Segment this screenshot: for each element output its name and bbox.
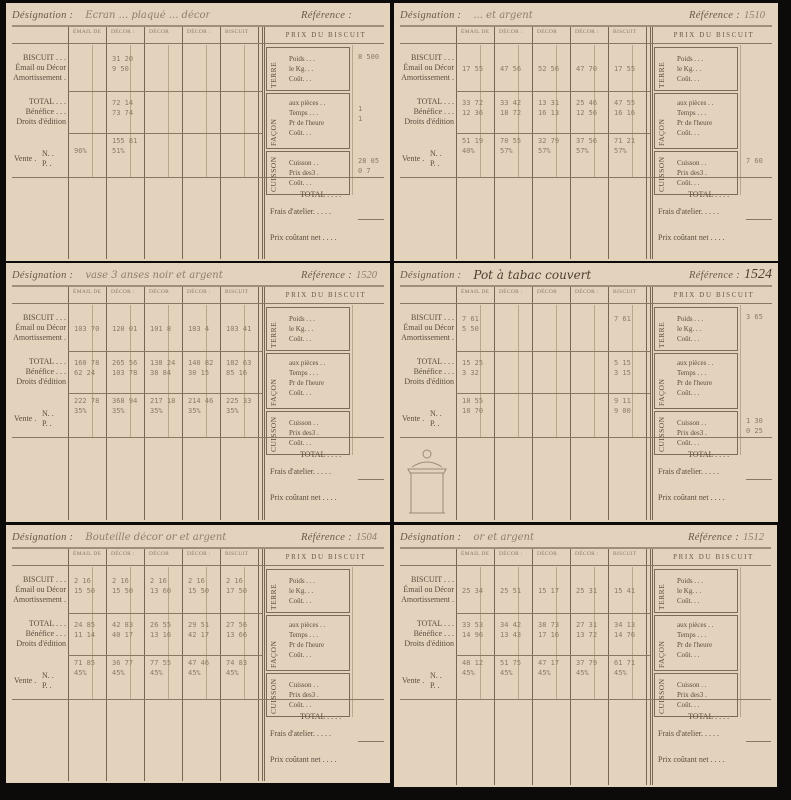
facon-line-label: aux pièces . . [677,98,713,108]
frais-atelier-label: Frais d'atelier. . . . . [658,207,719,216]
row-label: Émail ou Décor [12,585,66,595]
column-divider [532,287,533,520]
terre-line-label: le Kg. . . [677,64,703,74]
row-labels-group2: TOTAL . . .Bénéfice . . .Droits d'éditio… [400,97,454,127]
row-label: Droits d'édition [12,117,66,127]
terre-line-label: le Kg. . . [289,324,315,334]
group2-line [68,393,262,394]
facon-lines: aux pièces . .Temps . . .Pr de l'heureCo… [677,98,713,138]
cell-value-vente_n: 45% [576,669,589,677]
column-header: Émail de [461,289,489,295]
cell-value-total: 140 82 [188,359,213,367]
vente-np-labels: N. .P. . [42,671,64,691]
prix-value-facon_pieces: 1 [358,105,362,113]
cell-value-total: 33 72 [462,99,483,107]
cell-value-total: 27 56 [226,621,247,629]
cell-value-total: 34 13 [614,621,635,629]
facon-tag: FAÇON [269,98,278,146]
facon-lines: aux pièces . .Temps . . .Pr de l'heureCo… [677,620,713,660]
cell-value-total: 29 51 [188,621,209,629]
cell-value-vente_n: 35% [150,407,163,415]
terre-line-label: Poids . . . [289,576,315,586]
terre-line-label: Poids . . . [289,314,315,324]
cell-value-benefice: 13 43 [500,631,521,639]
cell-value-vente_n: 45% [74,669,87,677]
cost-grid: Émail deDécor :DécorDécor :BISCUITPRIX D… [12,549,384,781]
facon-lines: aux pièces . .Temps . . .Pr de l'heureCo… [677,358,713,398]
cuisson-lines: Cuisson . .Prix des3 .Coût. . . [677,680,707,710]
prix-col-divider [740,45,741,195]
cuisson-line-label: Coût. . . [289,700,319,710]
cell-value-benefice: 14 76 [614,631,635,639]
cell-value-email: 52 56 [538,65,559,73]
prix-net-line [746,741,771,742]
prix-divider [262,27,265,259]
prix-du-biscuit-header: PRIX DU BISCUIT [656,553,771,561]
cuisson-line-label: Coût. . . [289,438,319,448]
cell-value-vente_n: 45% [500,669,513,677]
reference-value: 1520 [356,270,384,281]
cuisson-tag: CUISSON [657,416,666,452]
column-header: Décor : [499,551,523,557]
column-divider [106,287,107,520]
cell-value-vente_top: 51 75 [500,659,521,667]
designation-label: Désignation : [12,270,73,281]
terre-box: TERREPoids . . .le Kg. . .Coût. . . [266,569,350,613]
vente-label: Vente . [402,414,432,424]
cell-value-vente_n: 57% [538,147,551,155]
row-labels-group2: TOTAL . . .Bénéfice . . .Droits d'éditio… [400,619,454,649]
cost-card-3: Désignation : vase 3 anses noir et argen… [6,263,390,522]
designation-value: vase 3 anses noir et argent [85,270,222,281]
cell-value-benefice: 73 74 [112,109,133,117]
cell-value-email: 15 50 [112,587,133,595]
vente-np-label: N. . [430,409,452,419]
header-row-line [12,43,384,44]
cell-value-vente_n: 35% [112,407,125,415]
terre-line-label: Coût. . . [289,596,315,606]
cell-value-email: 15 17 [538,587,559,595]
cell-value-vente_top: 47 17 [538,659,559,667]
column-divider [106,549,107,781]
cuisson-lines: Cuisson . .Prix des3 .Coût. . . [289,158,319,188]
vente-np-labels: N. .P. . [430,671,452,691]
total-label: TOTAL . . . . [300,712,341,721]
cell-value-vente_top: 217 18 [150,397,175,405]
designation-value: Pot à tabac couvert [473,268,591,282]
row-labels-group1: BISCUIT . . .Émail ou DécorAmortissement… [12,313,66,343]
cell-value-total: 24 85 [74,621,95,629]
header-row-line [400,43,772,44]
prix-net-line [746,479,772,480]
cuisson-lines: Cuisson . .Prix des3 .Coût. . . [289,418,319,448]
terre-line-label: le Kg. . . [289,586,315,596]
row-label: Bénéfice . . . [12,629,66,639]
facon-line-label: Pr de l'heure [677,118,713,128]
cell-value-vente_n: 45% [226,669,239,677]
cuisson-line-label: Coût. . . [677,438,707,448]
prix-du-biscuit-header: PRIX DU BISCUIT [268,291,384,299]
designation-value: Écran ... plaqué ... décor [85,10,210,21]
facon-line-label: Pr de l'heure [289,378,325,388]
cuisson-lines: Cuisson . .Prix des3 .Coût. . . [677,158,707,188]
facon-line-label: Coût. . . [289,388,325,398]
column-header: Décor : [111,29,135,35]
row-label: BISCUIT . . . [400,53,454,63]
reference-value: 1504 [356,532,384,543]
terre-tag: TERRE [657,312,666,348]
facon-tag: FAÇON [657,358,666,406]
cuisson-line-label: Prix des3 . [289,168,319,178]
designation-value: or et argent [473,532,534,543]
prix-value-prix_des: 0 7 [358,167,371,175]
frais-atelier-label: Frais d'atelier. . . . . [270,467,331,476]
column-divider [570,27,571,259]
cell-value-vente_top: 71 21 [614,137,635,145]
cell-value-benefice: 12 36 [462,109,483,117]
cell-value-total: 72 14 [112,99,133,107]
terre-line-label: Coût. . . [677,596,703,606]
terre-lines: Poids . . .le Kg. . .Coût. . . [289,576,315,606]
prix-value-prix_des: 0 25 [746,427,763,435]
cost-grid: Émail deDécor :DécorDécor :BISCUITPRIX D… [400,27,772,259]
cell-value-benefice: 30 15 [188,369,209,377]
header-row-line [400,303,772,304]
prix-col-divider [352,45,353,195]
cell-value-vente_n: 35% [188,407,201,415]
cell-value-vente_n: 18 70 [462,407,483,415]
column-divider [258,549,259,781]
terre-line-label: le Kg. . . [289,64,315,74]
column-header: BISCUIT [225,551,249,557]
reference-value: 1510 [744,10,772,21]
subcolumn-divider [518,305,519,437]
cost-card-6: Désignation : or et argent Référence : 1… [394,525,777,787]
cell-value-benefice: 16 16 [614,109,635,117]
tobacco-jar-sketch-icon [402,445,452,517]
designation-value: Bouteille décor or et argent [85,532,226,543]
cuisson-box: CUISSONCuisson . .Prix des3 .Coût. . . [654,411,738,455]
cell-value-email: 103 4 [188,325,209,333]
cell-value-vente_n: 57% [614,147,627,155]
cell-value-email: 47 70 [576,65,597,73]
facon-lines: aux pièces . .Temps . . .Pr de l'heureCo… [289,358,325,398]
row-label: Bénéfice . . . [12,107,66,117]
terre-line-label: Coût. . . [677,74,703,84]
cuisson-line-label: Cuisson . . [289,418,319,428]
cell-value-total: 42 83 [112,621,133,629]
terre-line-label: Poids . . . [289,54,315,64]
cell-value-total: 160 78 [74,359,99,367]
total-label: TOTAL . . . . [688,190,729,199]
cuisson-line-label: Cuisson . . [677,680,707,690]
terre-tag: TERRE [657,52,666,88]
row-label: BISCUIT . . . [400,575,454,585]
facon-line-label: Temps . . . [289,108,325,118]
cuisson-line-label: Cuisson . . [289,158,319,168]
cell-value-benefice: 103 78 [112,369,137,377]
vente-label: Vente . [14,676,44,686]
cell-value-benefice: 42 17 [188,631,209,639]
facon-line-label: Pr de l'heure [289,640,325,650]
cuisson-tag: CUISSON [657,678,666,714]
cell-value-benefice: 40 17 [112,631,133,639]
column-header: Décor : [111,551,135,557]
facon-line-label: Coût. . . [289,128,325,138]
column-divider [494,27,495,259]
cell-value-email: 120 01 [112,325,137,333]
cuisson-line-label: Prix des3 . [289,428,319,438]
column-divider [68,287,69,520]
column-header: Décor [149,551,169,557]
column-header: Décor [537,29,557,35]
row-labels-group2: TOTAL . . .Bénéfice . . .Droits d'éditio… [12,357,66,387]
prix-value-cuisson: 7 60 [746,157,763,165]
terre-line-label: Poids . . . [677,576,703,586]
column-divider [258,287,259,520]
card-header: Désignation : or et argent Référence : 1… [400,527,771,547]
card-header: Désignation : Écran ... plaqué ... décor… [12,5,384,25]
reference-value: 1524 [744,267,772,283]
group1-line [456,351,650,352]
cell-value-vente_n: 45% [462,669,475,677]
total-label: TOTAL . . . . [300,450,341,459]
prix-col-divider [740,567,741,717]
cell-value-benefice: 13 72 [576,631,597,639]
column-divider [106,27,107,259]
row-label: Amortissement . [12,73,66,83]
cell-value-biscuit: 2 16 [150,577,167,585]
terre-lines: Poids . . .le Kg. . .Coût. . . [677,576,703,606]
cell-value-vente_n: 35% [226,407,239,415]
cell-value-vente_n: 45% [614,669,627,677]
reference-label: Référence : [301,532,352,543]
total-label: TOTAL . . . . [688,450,729,459]
terre-line-label: Poids . . . [677,54,703,64]
cell-value-total: 5 15 [614,359,631,367]
prix-net-label: Prix coûtant net . . . . [270,233,337,242]
facon-line-label: Coût. . . [289,650,325,660]
cell-value-vente_top: 36 77 [112,659,133,667]
frais-atelier-label: Frais d'atelier. . . . . [270,207,331,216]
cell-value-email: 25 34 [462,587,483,595]
vente-np-label: P. . [42,681,64,691]
cell-value-vente_top: 18 55 [462,397,483,405]
column-header: Décor : [187,289,211,295]
terre-lines: Poids . . .le Kg. . .Coût. . . [289,54,315,84]
prix-value-terre_poids: 8 500 [358,53,379,61]
terre-lines: Poids . . .le Kg. . .Coût. . . [677,314,703,344]
terre-tag: TERRE [269,574,278,610]
cost-grid: Émail deDécor :DécorDécor :BISCUITPRIX D… [400,549,771,785]
row-label: Amortissement . [400,73,454,83]
column-divider [68,549,69,781]
row-labels-group1: BISCUIT . . .Émail ou DécorAmortissement… [400,575,454,605]
facon-box: FAÇONaux pièces . .Temps . . .Pr de l'he… [266,93,350,149]
designation-label: Désignation : [12,532,73,543]
cell-value-total: 25 46 [576,99,597,107]
column-header: Décor : [575,289,599,295]
column-divider [608,287,609,520]
cell-value-email: 17 55 [462,65,483,73]
cell-value-email: 15 41 [614,587,635,595]
row-labels-group1: BISCUIT . . .Émail ou DécorAmortissement… [400,313,454,343]
terre-box: TERREPoids . . .le Kg. . .Coût. . . [654,569,738,613]
vente-label: Vente . [402,676,432,686]
cell-value-biscuit: 7 61 [614,315,631,323]
column-divider [646,27,647,259]
terre-line-label: Coût. . . [677,334,703,344]
cost-grid: Émail deDécor :DécorDécor :BISCUITPRIX D… [12,287,384,520]
cell-value-vente_top: 37 79 [576,659,597,667]
cuisson-line-label: Prix des3 . [677,690,707,700]
terre-tag: TERRE [269,52,278,88]
facon-line-label: Coût. . . [677,650,713,660]
terre-line-label: le Kg. . . [677,586,703,596]
prix-value-terre_poids: 3 65 [746,313,763,321]
cost-grid: Émail deDécor :DécorDécor :BISCUITPRIX D… [12,27,384,259]
subcolumn-divider [244,45,245,177]
cuisson-line-label: Prix des3 . [289,690,319,700]
cell-value-benefice: 62 24 [74,369,95,377]
facon-line-label: Temps . . . [289,368,325,378]
cell-value-biscuit: 2 16 [226,577,243,585]
cell-value-biscuit: 2 16 [74,577,91,585]
facon-line-label: aux pièces . . [289,98,325,108]
column-divider [456,287,457,520]
frais-atelier-label: Frais d'atelier. . . . . [270,729,331,738]
row-label: Amortissement . [400,333,454,343]
cuisson-line-label: Coût. . . [677,700,707,710]
reference-label: Référence : [301,10,352,21]
prix-col-divider [740,305,741,455]
row-label: BISCUIT . . . [12,313,66,323]
column-divider [646,549,647,785]
group2-line [456,655,650,656]
header-row-line [12,565,384,566]
facon-line-label: Temps . . . [677,108,713,118]
subcolumn-divider [594,305,595,437]
cell-value-vente_n: 45% [150,669,163,677]
column-header: Décor : [187,29,211,35]
reference-label: Référence : [688,532,739,543]
designation-value: ... et argent [473,10,532,21]
subcolumn-divider [480,305,481,437]
vente-np-label: P. . [42,159,64,169]
cell-value-biscuit: 2 16 [188,577,205,585]
cuisson-lines: Cuisson . .Prix des3 .Coût. . . [289,680,319,710]
cell-value-total: 15 25 [462,359,483,367]
facon-line-label: Coût. . . [677,128,713,138]
facon-line-label: aux pièces . . [677,358,713,368]
terre-lines: Poids . . .le Kg. . .Coût. . . [677,54,703,84]
vente-label: Vente . [14,154,44,164]
column-header: Décor [537,289,557,295]
cuisson-line-label: Prix des3 . [677,428,707,438]
column-divider [144,27,145,259]
terre-line-label: Poids . . . [677,314,703,324]
prix-net-line [358,479,384,480]
cell-value-email: 103 41 [226,325,251,333]
cell-value-email: 15 50 [74,587,95,595]
row-label: BISCUIT . . . [12,53,66,63]
cell-value-vente_top: 48 12 [462,659,483,667]
cell-value-vente_n: 45% [538,669,551,677]
cell-value-email: 5 50 [462,325,479,333]
terre-box: TERREPoids . . .le Kg. . .Coût. . . [654,307,738,351]
cell-value-benefice: 12 56 [576,109,597,117]
row-label: TOTAL . . . [400,97,454,107]
cell-value-vente_top: 32 79 [538,137,559,145]
cell-value-email: 47 56 [500,65,521,73]
row-label: Émail ou Décor [400,585,454,595]
prix-divider [262,549,265,781]
group1-line [68,613,262,614]
cell-value-email: 15 50 [188,587,209,595]
cuisson-box: CUISSONCuisson . .Prix des3 .Coût. . . [654,151,738,195]
column-divider [258,27,259,259]
facon-box: FAÇONaux pièces . .Temps . . .Pr de l'he… [266,353,350,409]
cost-card-1: Désignation : Écran ... plaqué ... décor… [6,3,390,261]
column-header: BISCUIT [225,29,249,35]
prix-value-cuisson: 1 30 [746,417,763,425]
cell-value-benefice: 16 13 [538,109,559,117]
cell-value-vente_top: 37 56 [576,137,597,145]
column-divider [68,27,69,259]
row-label: Émail ou Décor [400,323,454,333]
terre-tag: TERRE [657,574,666,610]
vente-np-label: N. . [42,671,64,681]
column-header: BISCUIT [613,551,637,557]
column-divider [608,549,609,785]
cell-value-email: 25 31 [576,587,597,595]
cell-value-vente_n: 57% [500,147,513,155]
header-row-line [400,565,771,566]
subcolumn-divider [632,305,633,437]
row-label: Amortissement . [12,595,66,605]
facon-line-label: Temps . . . [289,630,325,640]
prix-net-label: Prix coûtant net . . . . [658,755,725,764]
prix-value-facon_temps: 1 [358,115,362,123]
facon-line-label: aux pièces . . [289,620,325,630]
cuisson-line-label: Cuisson . . [289,680,319,690]
cell-value-benefice: 11 14 [74,631,95,639]
column-divider [220,549,221,781]
row-label: Amortissement . [12,333,66,343]
cell-value-biscuit: 7 61 [462,315,479,323]
cell-value-total: 182 63 [226,359,251,367]
cost-card-4: Désignation : Pot à tabac couvert Référe… [394,263,778,522]
column-divider [182,549,183,781]
column-divider [144,287,145,520]
cuisson-tag: CUISSON [657,156,666,192]
cell-value-total: 47 55 [614,99,635,107]
cell-value-vente_n: 40% [462,147,475,155]
total-label: TOTAL . . . . [300,190,341,199]
terre-box: TERREPoids . . .le Kg. . .Coût. . . [266,307,350,351]
column-header: BISCUIT [613,29,637,35]
reference-label: Référence : [301,270,352,281]
facon-box: FAÇONaux pièces . .Temps . . .Pr de l'he… [266,615,350,671]
cell-value-email: 17 55 [614,65,635,73]
facon-line-label: Pr de l'heure [289,118,325,128]
cell-value-benefice: 14 96 [462,631,483,639]
cell-value-vente_top: 51 19 [462,137,483,145]
facon-line-label: aux pièces . . [677,620,713,630]
vente-np-labels: N. .P. . [430,409,452,429]
cuisson-line-label: Cuisson . . [677,158,707,168]
column-header: Émail de [461,551,489,557]
